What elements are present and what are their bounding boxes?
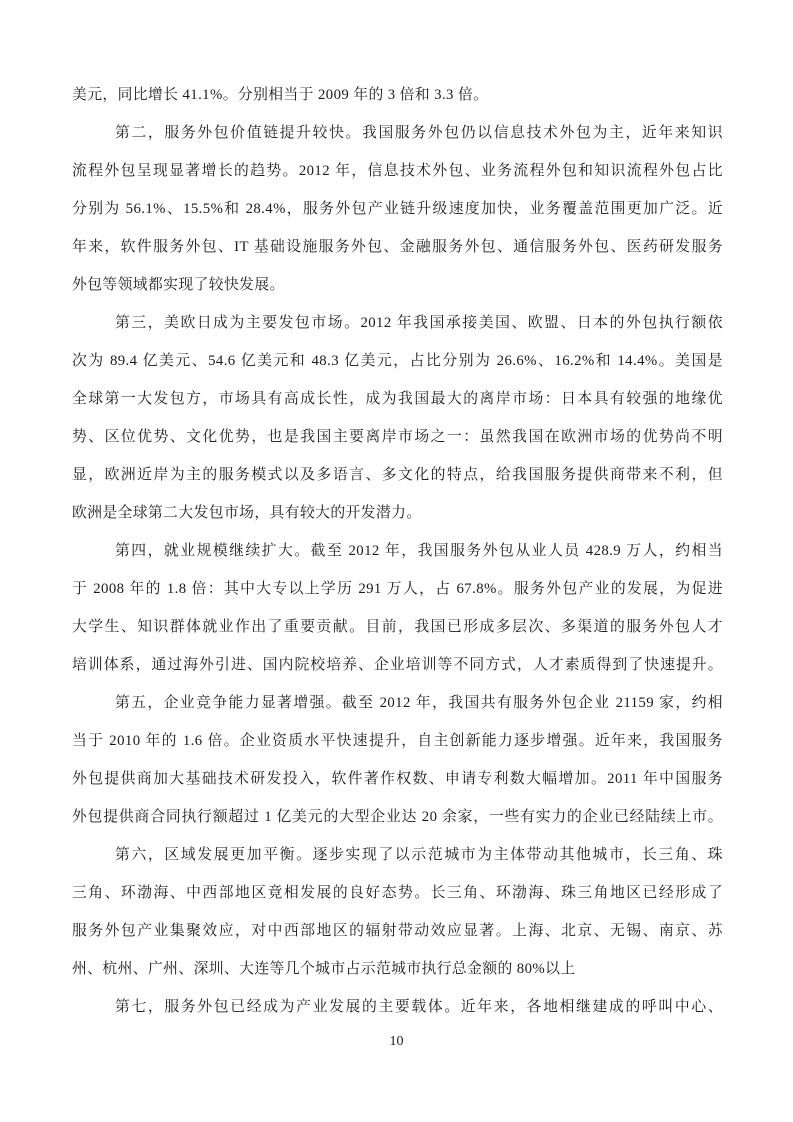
text-line: 外包等领域都实现了较快发展。 (72, 266, 723, 304)
text-line: 分别为 56.1%、15.5%和 28.4%，服务外包产业链升级速度加快，业务覆… (72, 190, 723, 228)
text-line: 第四，就业规模继续扩大。截至 2012 年，我国服务外包从业人员 428.9 万… (72, 532, 723, 570)
paragraph: 第六，区域发展更加平衡。逐步实现了以示范城市为主体带动其他城市，长三角、珠三角、… (72, 836, 723, 988)
text-line: 培训体系，通过海外引进、国内院校培养、企业培训等不同方式，人才素质得到了快速提升… (72, 646, 723, 684)
text-line: 年来，软件服务外包、IT 基础设施服务外包、金融服务外包、通信服务外包、医药研发… (72, 228, 723, 266)
text-line: 第七，服务外包已经成为产业发展的主要载体。近年来，各地相继建成的呼叫中心、 (72, 988, 723, 1026)
text-line: 第六，区域发展更加平衡。逐步实现了以示范城市为主体带动其他城市，长三角、珠 (72, 836, 723, 874)
text-line: 显，欧洲近岸为主的服务模式以及多语言、多文化的特点，给我国服务提供商带来不利，但 (72, 456, 723, 494)
text-line: 外包提供商加大基础技术研发投入，软件著作权数、申请专利数大幅增加。2011 年中… (72, 760, 723, 798)
paragraph: 第七，服务外包已经成为产业发展的主要载体。近年来，各地相继建成的呼叫中心、 (72, 988, 723, 1026)
text-line: 州、杭州、广州、深圳、大连等几个城市占示范城市执行总金额的 80%以上 (72, 950, 723, 988)
paragraph: 第二，服务外包价值链提升较快。我国服务外包仍以信息技术外包为主，近年来知识流程外… (72, 114, 723, 304)
text-line: 美元，同比增长 41.1%。分别相当于 2009 年的 3 倍和 3.3 倍。 (72, 76, 723, 114)
document-body: 美元，同比增长 41.1%。分别相当于 2009 年的 3 倍和 3.3 倍。第… (72, 76, 723, 1026)
text-line: 势、区位优势、文化优势，也是我国主要离岸市场之一：虽然我国在欧洲市场的优势尚不明 (72, 418, 723, 456)
document-page: 美元，同比增长 41.1%。分别相当于 2009 年的 3 倍和 3.3 倍。第… (0, 0, 793, 1122)
text-line: 流程外包呈现显著增长的趋势。2012 年，信息技术外包、业务流程外包和知识流程外… (72, 152, 723, 190)
text-line: 第三，美欧日成为主要发包市场。2012 年我国承接美国、欧盟、日本的外包执行额依 (72, 304, 723, 342)
text-line: 当于 2010 年的 1.6 倍。企业资质水平快速提升，自主创新能力逐步增强。近… (72, 722, 723, 760)
paragraph: 第五，企业竞争能力显著增强。截至 2012 年，我国共有服务外包企业 21159… (72, 684, 723, 836)
paragraph: 第四，就业规模继续扩大。截至 2012 年，我国服务外包从业人员 428.9 万… (72, 532, 723, 684)
text-line: 全球第一大发包方，市场具有高成长性，成为我国最大的离岸市场：日本具有较强的地缘优 (72, 380, 723, 418)
page-number: 10 (0, 1026, 793, 1058)
text-line: 第二，服务外包价值链提升较快。我国服务外包仍以信息技术外包为主，近年来知识 (72, 114, 723, 152)
paragraph: 第三，美欧日成为主要发包市场。2012 年我国承接美国、欧盟、日本的外包执行额依… (72, 304, 723, 532)
paragraph: 美元，同比增长 41.1%。分别相当于 2009 年的 3 倍和 3.3 倍。 (72, 76, 723, 114)
text-line: 欧洲是全球第二大发包市场，具有较大的开发潜力。 (72, 494, 723, 532)
text-line: 于 2008 年的 1.8 倍：其中大专以上学历 291 万人，占 67.8%。… (72, 570, 723, 608)
text-line: 外包提供商合同执行额超过 1 亿美元的大型企业达 20 余家，一些有实力的企业已… (72, 798, 723, 836)
text-line: 第五，企业竞争能力显著增强。截至 2012 年，我国共有服务外包企业 21159… (72, 684, 723, 722)
text-line: 次为 89.4 亿美元、54.6 亿美元和 48.3 亿美元，占比分别为 26.… (72, 342, 723, 380)
text-line: 服务外包产业集聚效应，对中西部地区的辐射带动效应显著。上海、北京、无锡、南京、苏 (72, 912, 723, 950)
text-line: 大学生、知识群体就业作出了重要贡献。目前，我国已形成多层次、多渠道的服务外包人才 (72, 608, 723, 646)
text-line: 三角、环渤海、中西部地区竟相发展的良好态势。长三角、环渤海、珠三角地区已经形成了 (72, 874, 723, 912)
